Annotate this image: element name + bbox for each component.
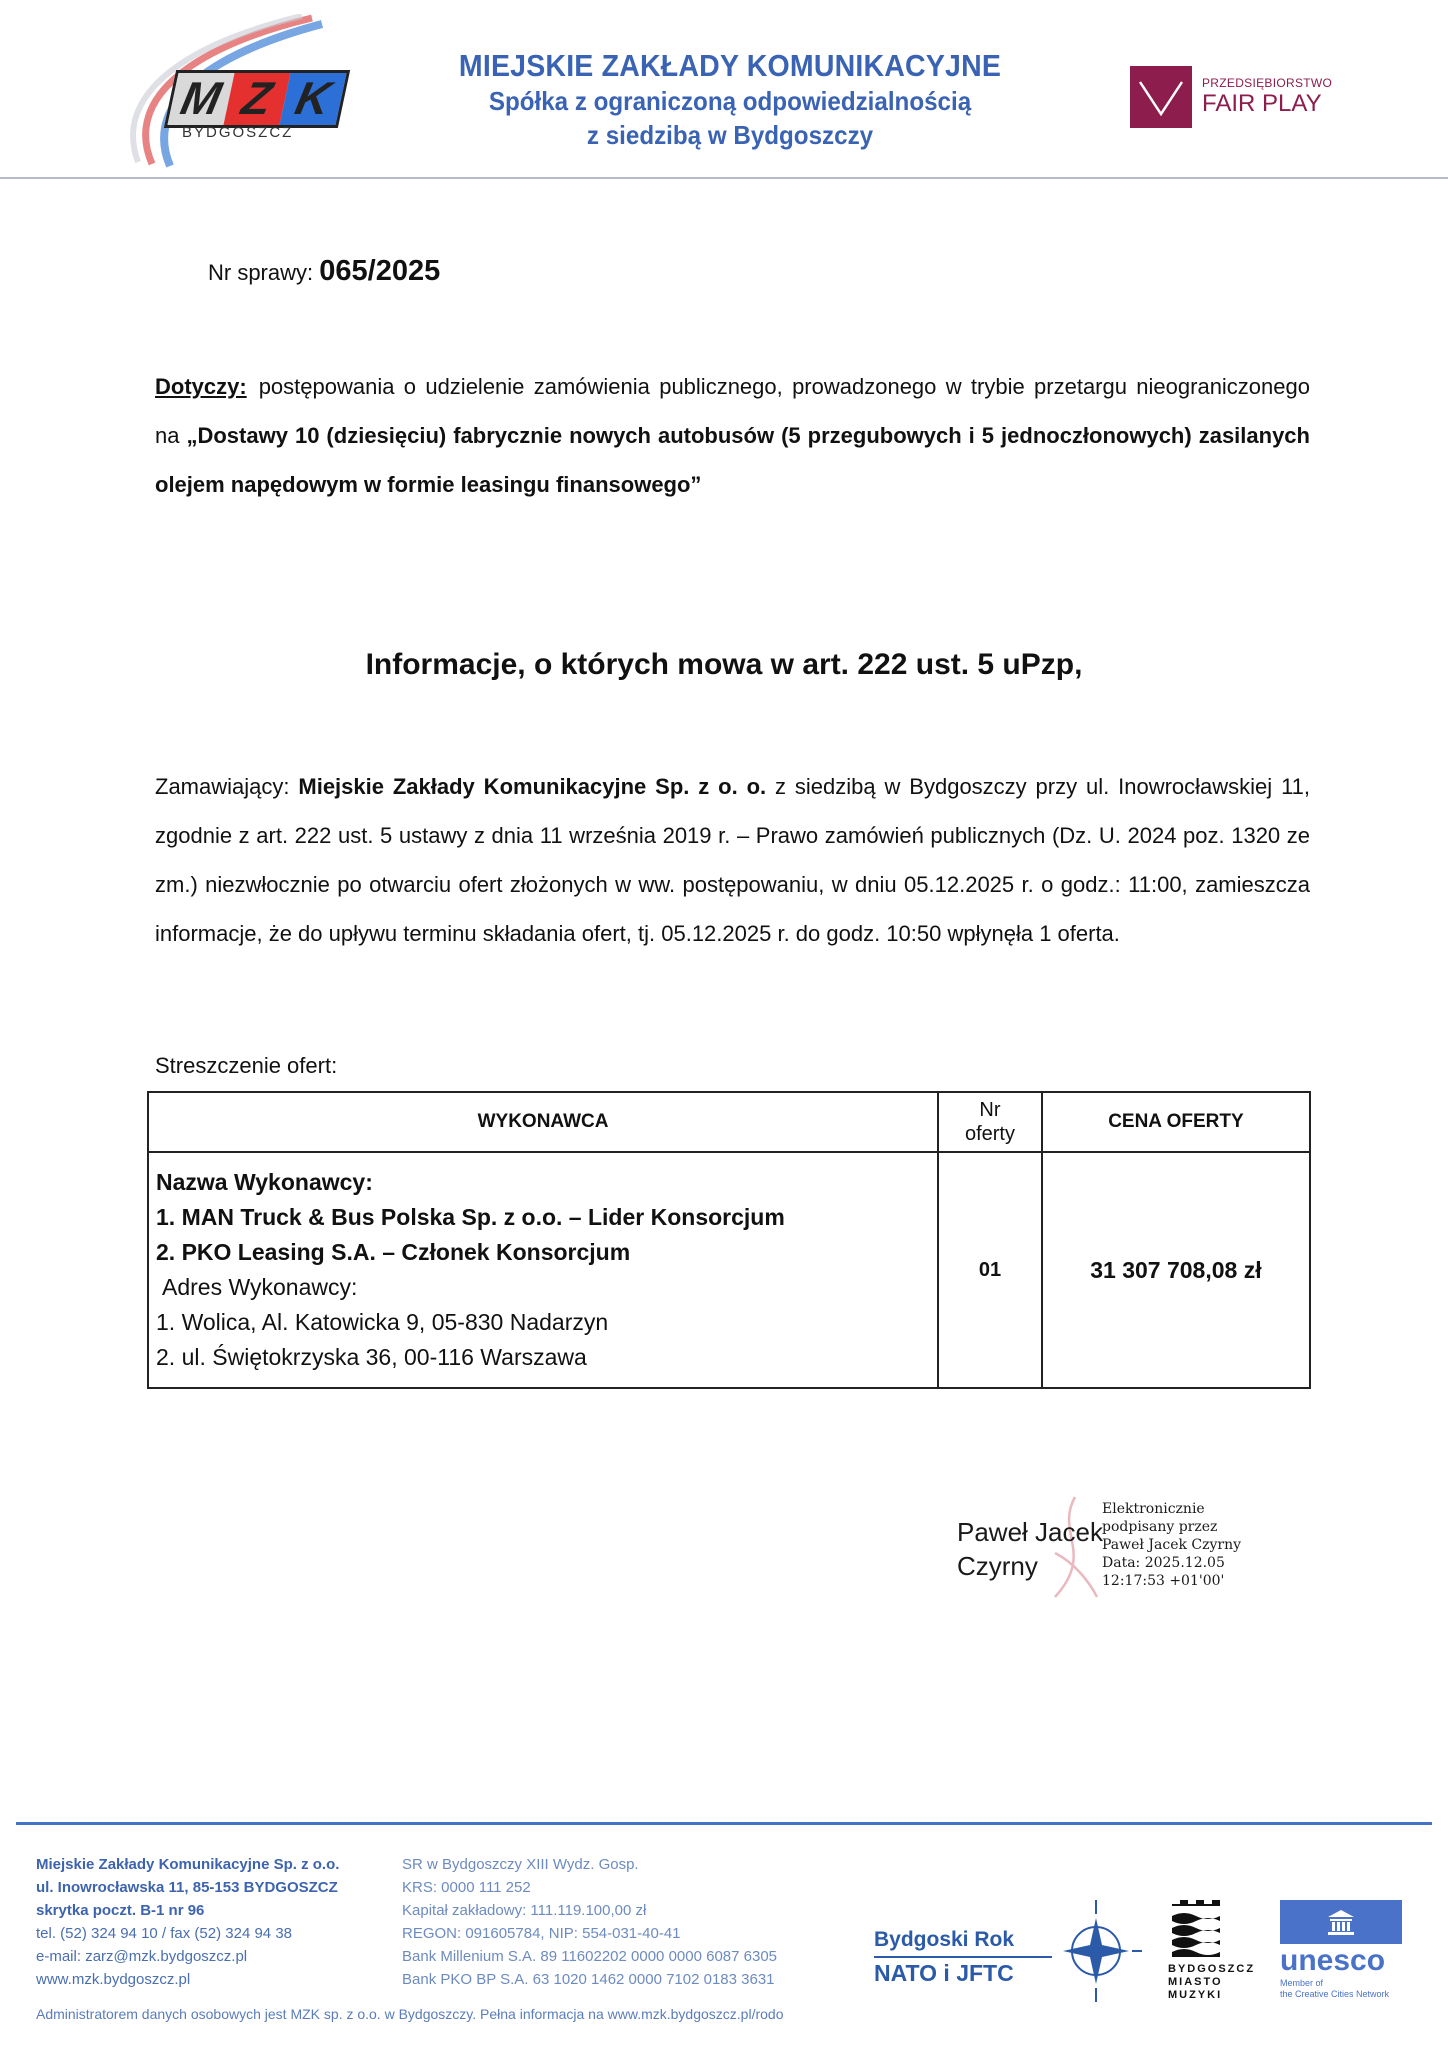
case-number-value: 065/2025: [319, 255, 440, 287]
subject-title: „Dostawy 10 (dziesięciu) fabrycznie nowy…: [155, 423, 1310, 497]
footer-registry-line: Kapitał zakładowy: 111.119.100,00 zł: [402, 1899, 777, 1922]
music-city-line1: BYDGOSZCZ: [1168, 1963, 1268, 1976]
paragraph-body: z siedzibą w Bydgoszczy przy ul. Inowroc…: [155, 774, 1310, 946]
footer-email: e-mail: zarz@mzk.bydgoszcz.pl: [36, 1945, 339, 1968]
footer-company-name: Miejskie Zakłady Komunikacyjne Sp. z o.o…: [36, 1853, 339, 1876]
header-price: CENA OFERTY: [1042, 1092, 1310, 1152]
signer-name-line2: Czyrny: [957, 1549, 1103, 1583]
header-contractor: WYKONAWCA: [148, 1092, 938, 1152]
nato-year-logo: Bydgoski Rok NATO i JFTC: [872, 1896, 1142, 2006]
information-paragraph: Zamawiający: Miejskie Zakłady Komunikacy…: [155, 762, 1310, 958]
contractor-name-label: Nazwa Wykonawcy:: [156, 1165, 937, 1200]
header-offer-number: Nr oferty: [938, 1092, 1042, 1152]
signer-name-line1: Paweł Jacek: [957, 1515, 1103, 1549]
signature-meta-line: Elektronicznie: [1102, 1500, 1241, 1518]
company-type: Spółka z ograniczoną odpowiedzialnością: [423, 84, 1037, 118]
unesco-wordmark: unesco: [1280, 1944, 1410, 1978]
footer-registry-line: Bank PKO BP S.A. 63 1020 1462 0000 7102 …: [402, 1968, 777, 1991]
contractor-name-1: 1. MAN Truck & Bus Polska Sp. z o.o. – L…: [156, 1200, 937, 1235]
mzk-logo: M Z K BYDGOSZCZ: [112, 14, 342, 170]
fair-play-check-icon: [1130, 66, 1192, 128]
signature-meta-line: 12:17:53 +01'00': [1102, 1572, 1241, 1590]
mzk-letter-k: K: [279, 73, 346, 125]
unesco-logo: unesco Member of the Creative Cities Net…: [1280, 1900, 1410, 2010]
music-city-line3: MUZYKI: [1168, 1989, 1268, 2002]
footer-registry-line: Bank Millenium S.A. 89 11602202 0000 000…: [402, 1945, 777, 1968]
footer-gdpr-note: Administratorem danych osobowych jest MZ…: [36, 2003, 784, 2026]
footer-contact: Miejskie Zakłady Komunikacyjne Sp. z o.o…: [36, 1853, 339, 1991]
subject-block: Dotyczy:postępowania o udzielenie zamówi…: [155, 362, 1310, 509]
paragraph-lead: Zamawiający:: [155, 774, 298, 799]
footer-registry-line: KRS: 0000 111 252: [402, 1876, 777, 1899]
case-number: Nr sprawy: 065/2025: [208, 255, 440, 288]
footer-registry-line: SR w Bydgoszczy XIII Wydz. Gosp.: [402, 1853, 777, 1876]
header-divider: [0, 177, 1448, 179]
footer-email-label: e-mail:: [36, 1948, 85, 1965]
unesco-sub2: the Creative Cities Network: [1280, 1989, 1410, 2000]
unesco-temple-icon: [1280, 1900, 1402, 1944]
contractor-cell: Nazwa Wykonawcy: 1. MAN Truck & Bus Pols…: [148, 1152, 938, 1388]
offer-price-cell: 31 307 708,08 zł: [1042, 1152, 1310, 1388]
case-number-label: Nr sprawy:: [208, 260, 313, 285]
footer-divider: [16, 1822, 1432, 1825]
footer-registry-line: REGON: 091605784, NIP: 554-031-40-41: [402, 1922, 777, 1945]
subject-label: Dotyczy:: [155, 374, 247, 399]
offer-number-cell: 01: [938, 1152, 1042, 1388]
fair-play-logo: PRZEDSIĘBIORSTWO FAIR PLAY: [1130, 66, 1350, 128]
table-row: Nazwa Wykonawcy: 1. MAN Truck & Bus Pols…: [148, 1152, 1310, 1388]
document-heading: Informacje, o których mowa w art. 222 us…: [0, 648, 1448, 682]
signature-meta-line: Data: 2025.12.05: [1102, 1554, 1241, 1572]
company-seat: z siedzibą w Bydgoszczy: [423, 118, 1037, 152]
offers-summary-label: Streszczenie ofert:: [155, 1053, 337, 1079]
fair-play-label: FAIR PLAY: [1202, 90, 1322, 118]
nato-logo-line2: NATO i JFTC: [874, 1960, 1014, 1987]
music-city-line2: MIASTO: [1168, 1976, 1268, 1989]
nato-logo-line1: Bydgoski Rok: [874, 1928, 1014, 1952]
footer-po-box: skrytka poczt. B-1 nr 96: [36, 1899, 339, 1922]
signature-meta-line: Paweł Jacek Czyrny: [1102, 1536, 1241, 1554]
contractor-address-2: 2. ul. Świętokrzyska 36, 00-116 Warszawa: [156, 1340, 937, 1375]
unesco-sub1: Member of: [1280, 1978, 1410, 1989]
contractor-name-2: 2. PKO Leasing S.A. – Członek Konsorcjum: [156, 1235, 937, 1270]
contracting-authority: Miejskie Zakłady Komunikacyjne Sp. z o. …: [298, 774, 766, 799]
offers-table: WYKONAWCA Nr oferty CENA OFERTY Nazwa Wy…: [147, 1091, 1311, 1389]
footer-address: ul. Inowrocławska 11, 85-153 BYDGOSZCZ: [36, 1876, 339, 1899]
table-header-row: WYKONAWCA Nr oferty CENA OFERTY: [148, 1092, 1310, 1152]
signature-metadata: Elektronicznie podpisany przez Paweł Jac…: [1102, 1500, 1241, 1590]
company-header: MIEJSKIE ZAKŁADY KOMUNIKACYJNE Spółka z …: [400, 48, 1060, 152]
footer-registry: SR w Bydgoszczy XIII Wydz. Gosp. KRS: 00…: [402, 1853, 777, 1991]
fair-play-label-small: PRZEDSIĘBIORSTWO: [1202, 76, 1332, 90]
contractor-address-1: 1. Wolica, Al. Katowicka 9, 05-830 Nadar…: [156, 1305, 937, 1340]
footer-email-link[interactable]: zarz@mzk.bydgoszcz.pl: [85, 1948, 247, 1965]
footer-website[interactable]: www.mzk.bydgoszcz.pl: [36, 1968, 339, 1991]
contractor-address-label: Adres Wykonawcy:: [156, 1270, 937, 1305]
music-city-text: BYDGOSZCZ MIASTO MUZYKI: [1168, 1963, 1268, 2002]
nato-logo-rule: [874, 1956, 1052, 1958]
signer-name: Paweł Jacek Czyrny: [957, 1515, 1103, 1583]
music-city-waves-icon: [1168, 1898, 1228, 1958]
company-name: MIEJSKIE ZAKŁADY KOMUNIKACYJNE: [426, 48, 1033, 84]
header-offer-number-line1: Nr: [939, 1098, 1041, 1122]
signature-meta-line: podpisany przez: [1102, 1518, 1241, 1536]
bydgoszcz-music-city-logo: BYDGOSZCZ MIASTO MUZYKI: [1168, 1898, 1268, 2008]
header-offer-number-line2: oferty: [939, 1122, 1041, 1146]
nato-compass-icon: [1050, 1896, 1142, 2006]
footer-phone: tel. (52) 324 94 10 / fax (52) 324 94 38: [36, 1922, 339, 1945]
mzk-logo-city: BYDGOSZCZ: [182, 124, 293, 141]
